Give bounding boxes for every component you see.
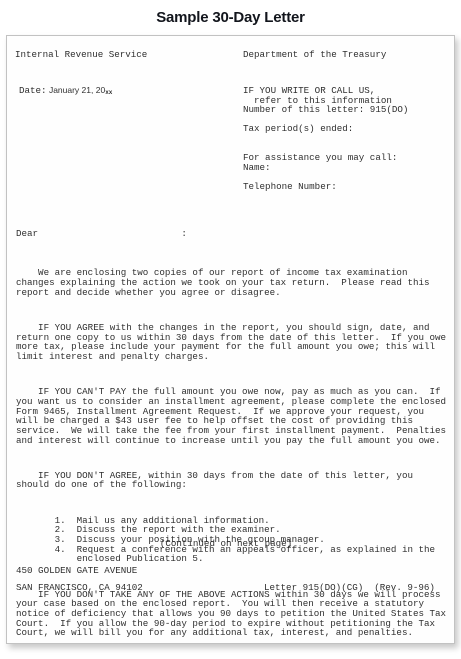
department-name: Department of the Treasury (243, 50, 386, 60)
letter-body: We are enclosing two copies of our repor… (16, 249, 446, 659)
body-paragraph-if-you-cant-pay: IF YOU CAN'T PAY the full amount you owe… (16, 387, 446, 445)
page-title: Sample 30-Day Letter (0, 9, 461, 26)
date-label: Date: (19, 85, 47, 96)
body-paragraph-no-action: IF YOU DON'T TAKE ANY OF THE ABOVE ACTIO… (16, 590, 446, 639)
salutation-line: Dear : (16, 229, 187, 239)
body-paragraph-if-you-agree: IF YOU AGREE with the changes in the rep… (16, 323, 446, 362)
contact-info-block: IF YOU WRITE OR CALL US, refer to this i… (243, 86, 408, 192)
sender-agency-name: Internal Revenue Service (15, 50, 147, 60)
letter-scan: Internal Revenue Service Department of t… (6, 35, 455, 644)
sender-address-line1: 450 GOLDEN GATE AVENUE (16, 566, 137, 576)
document-page: Sample 30-Day Letter Internal Revenue Se… (0, 0, 461, 659)
date-line: Date: January 21, 20xx (19, 86, 112, 98)
date-value: January 21, 20 (47, 85, 106, 95)
continued-note: (Continued on next page) (16, 539, 436, 549)
letter-number: Letter 915(DO)(CG) (Rev. 9-96) (264, 583, 435, 593)
sender-address-line2: SAN FRANCISCO, CA 94102 (16, 583, 143, 593)
body-paragraph-intro: We are enclosing two copies of our repor… (16, 268, 446, 297)
body-paragraph-if-you-dont-agree: IF YOU DON'T AGREE, within 30 days from … (16, 471, 446, 490)
date-year-placeholder: xx (105, 89, 112, 96)
